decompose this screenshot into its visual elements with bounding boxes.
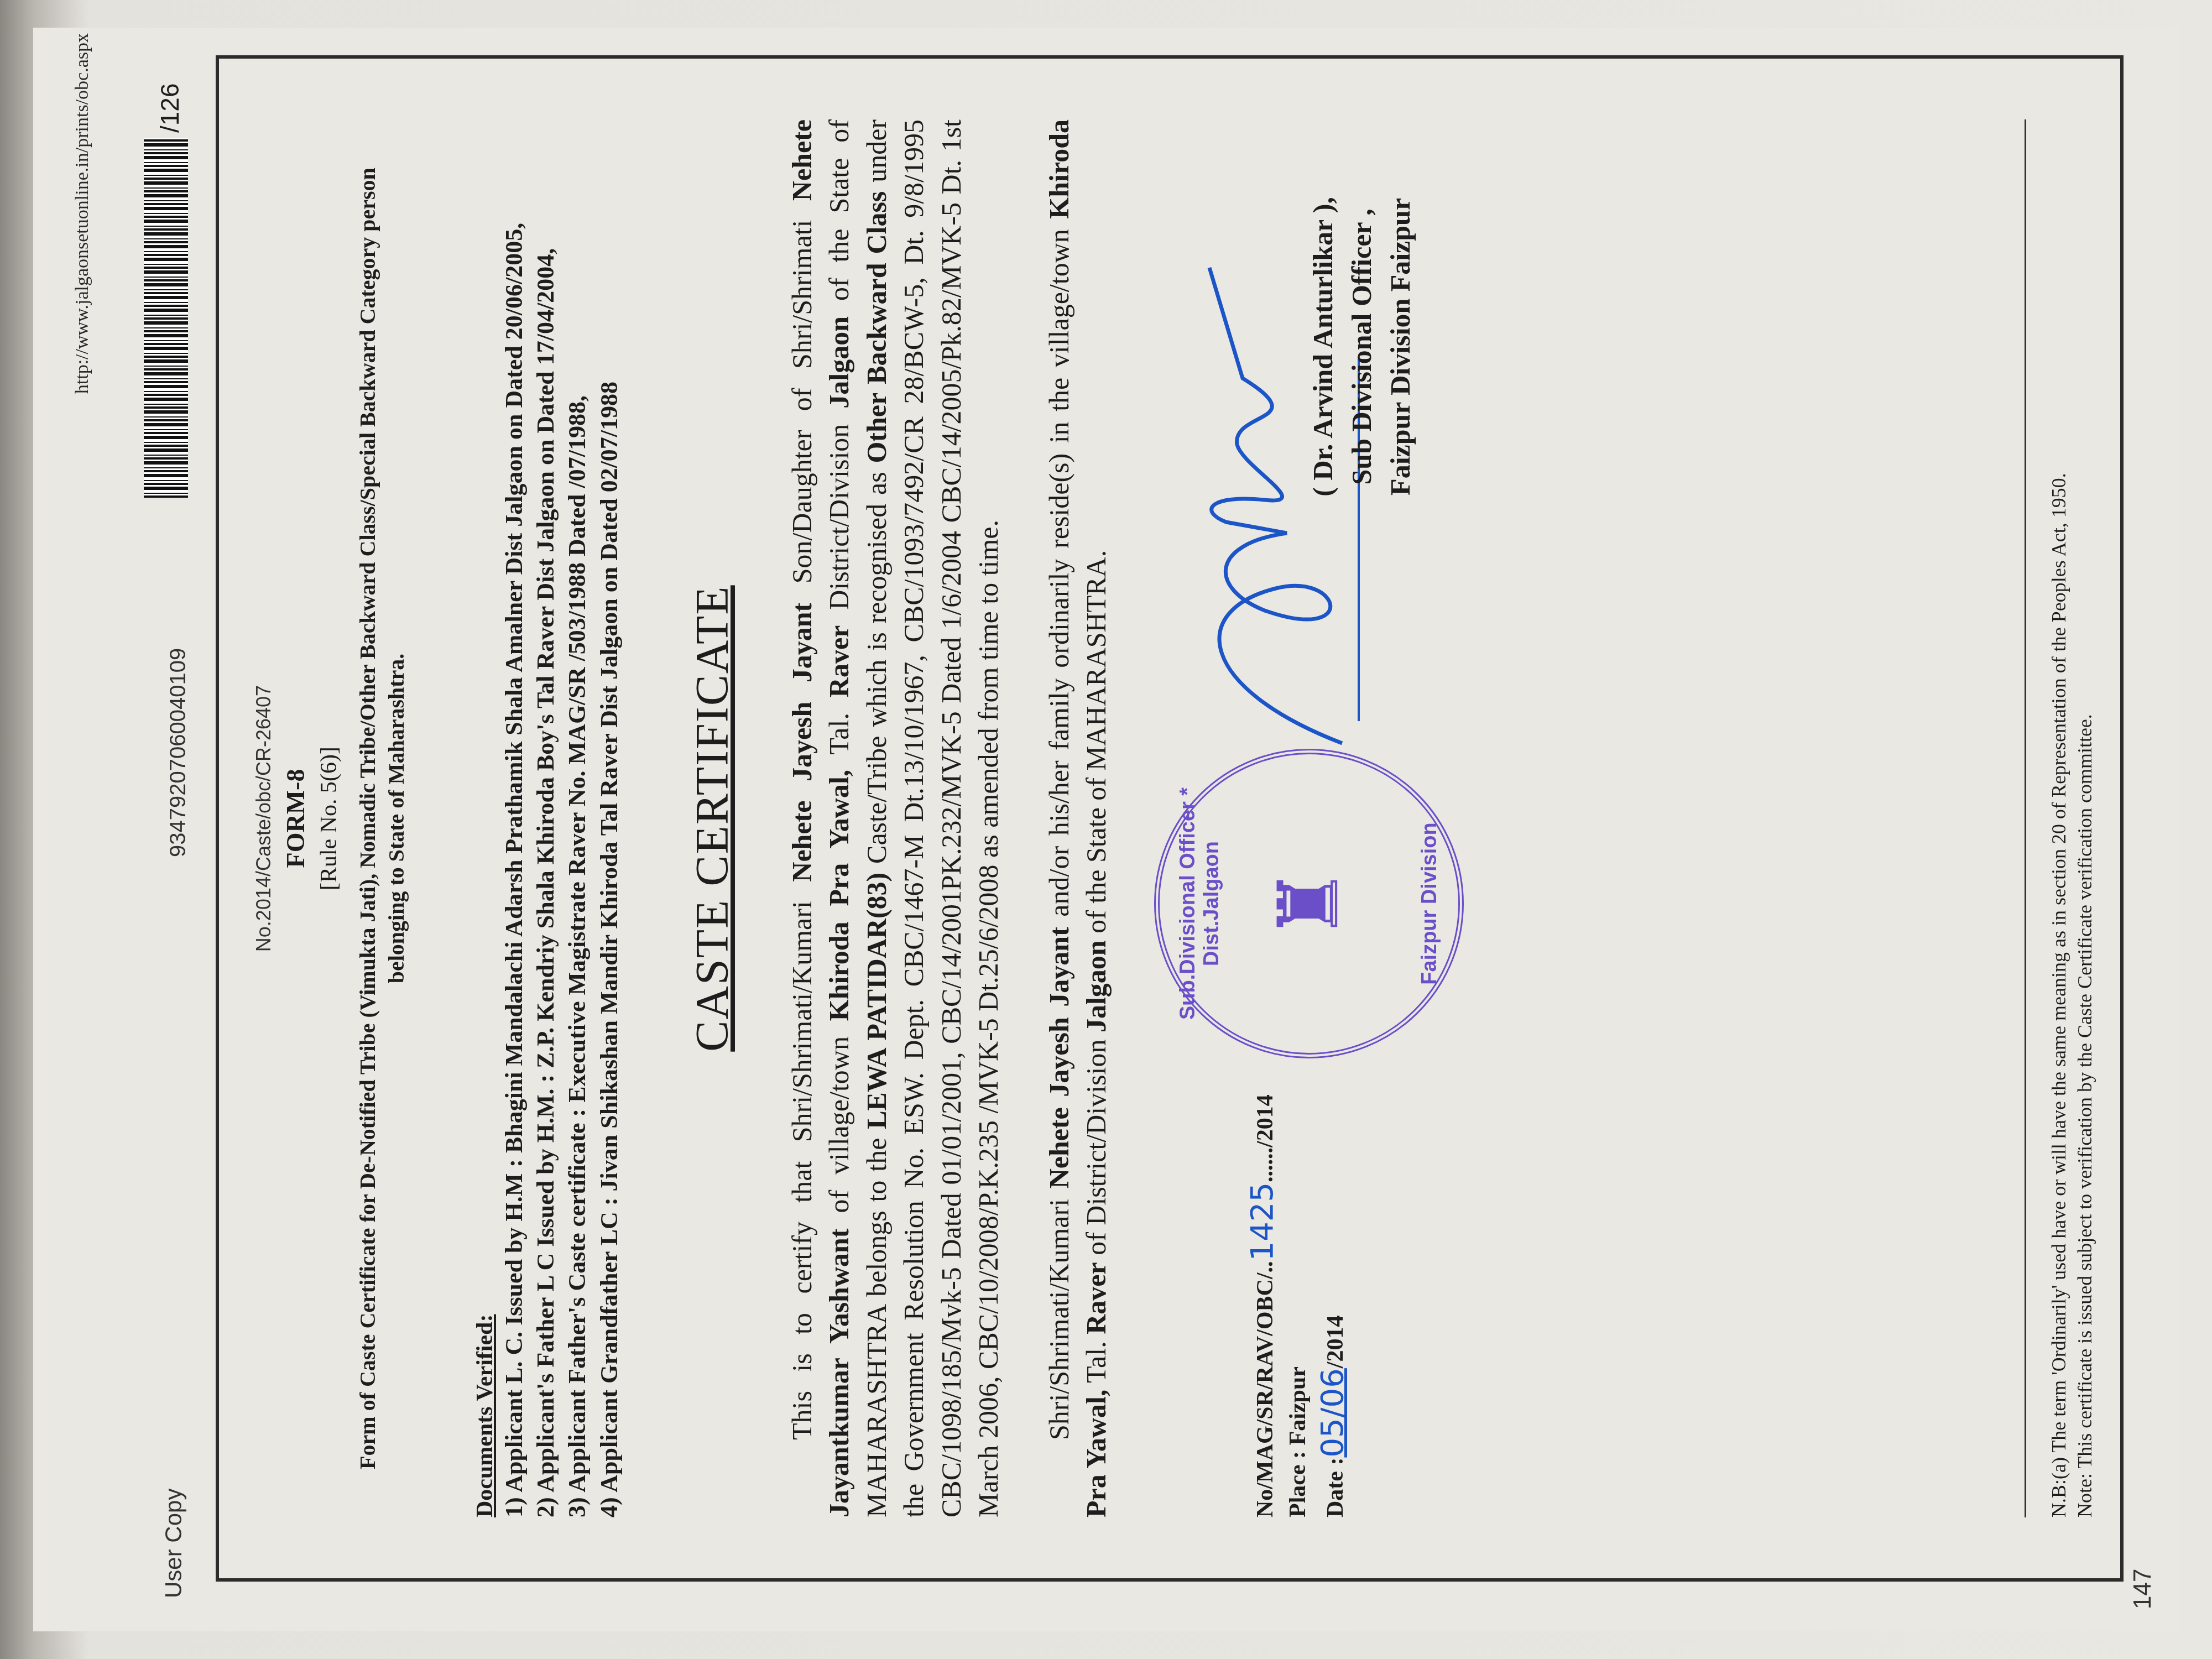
- residence-paragraph: Shri/Shrimati/Kumari Nehete Jayesh Jayan…: [1041, 119, 1115, 1517]
- document-item: 4) Applicant Grandfather LC : Jivan Shik…: [593, 119, 625, 1517]
- certificate-sheet: http://www.jalgaonsetuonline.in/prints/o…: [33, 28, 2179, 1631]
- signatory-designation: Sub Divisional Officer ,: [1342, 197, 1381, 497]
- document-item: 2) Applicant's Father L C Issued by H.M.…: [530, 119, 561, 1517]
- place: Place : Faizpur: [1283, 1094, 1313, 1517]
- stamp-bottom-text: Faizpur Division: [1418, 754, 1442, 1053]
- stamp-top-text: Sub.Divisional Officer * Dist.Jalgaon: [1176, 754, 1224, 1053]
- text: District/Division: [823, 409, 854, 625]
- signatory-block: ( Dr. Arvind Anturlikar ), Sub Divisiona…: [1303, 197, 1420, 497]
- text: Shri/Shrimati/Kumari: [1044, 1188, 1074, 1440]
- applicant-name: Nehete Jayesh Jayant: [786, 603, 817, 882]
- handwritten-date: 05/06: [1314, 1368, 1350, 1457]
- form-name: FORM-8: [281, 119, 310, 1517]
- handwritten-number: 1425: [1244, 1182, 1280, 1261]
- text: Tal.: [1081, 1334, 1112, 1390]
- certification-paragraph: This is to certify that Shri/Shrimati/Ku…: [784, 119, 1008, 1517]
- reference-number: No.2014/Caste/obc/CR-26407: [252, 119, 275, 1517]
- text: No/MAG/SR/RAV/OBC/..: [1253, 1261, 1278, 1517]
- text: Date :: [1323, 1458, 1348, 1517]
- taluka: Raver: [823, 625, 854, 698]
- text: /2014: [1323, 1315, 1348, 1368]
- form-description: Form of Caste Certificate for De-Notifie…: [353, 119, 411, 1517]
- text: Tal.: [823, 697, 854, 770]
- text: of village/town: [823, 1021, 854, 1228]
- certificate-title: CASTE CERTIFICATE: [686, 119, 739, 1517]
- text: This is to certify that Shri/Shrimati/Ku…: [786, 882, 817, 1440]
- issue-details: No/MAG/SR/RAV/OBC/..1425....../2014 Plac…: [1243, 1094, 1353, 1517]
- barcode-number: 9347920706004010​9: [166, 648, 191, 857]
- text: Son/Daughter of Shri/Shrimati: [786, 201, 817, 603]
- issue-block: No/MAG/SR/RAV/OBC/..1425....../2014 Plac…: [1154, 119, 1541, 1517]
- taluka: Raver: [1081, 1262, 1112, 1334]
- signatory-office: Faizpur Division Faizpur: [1381, 197, 1420, 497]
- rule-number: [Rule No. 5(6)]: [316, 119, 342, 1517]
- user-copy-label: User Copy: [160, 1489, 187, 1598]
- source-url: http://www.jalgaonsetuonline.in/prints/o…: [72, 33, 93, 394]
- emblem-icon: ♜: [1261, 867, 1357, 941]
- footnote-nb: N.B:(a) The term 'Ordinarily' used have …: [2046, 119, 2072, 1517]
- page-fraction: /126: [155, 83, 185, 133]
- date: Date :05/06/2014: [1313, 1094, 1353, 1517]
- text: ....../2014: [1253, 1094, 1278, 1182]
- caste: LEWA PATIDAR(83): [861, 873, 892, 1129]
- document-item: 1) Applicant L. C. Issued by H.M : Bhagi…: [498, 119, 530, 1517]
- footer-divider: [2025, 119, 2026, 1517]
- official-stamp: Sub.Divisional Officer * Dist.Jalgaon ♜ …: [1154, 749, 1464, 1058]
- district: Jalgaon: [823, 316, 854, 409]
- applicant-name: Nehete Jayesh Jayant: [1044, 927, 1074, 1188]
- district: Jalgaon: [1081, 940, 1112, 1032]
- issue-number: No/MAG/SR/RAV/OBC/..1425....../2014: [1243, 1094, 1283, 1517]
- side-number: 147: [2129, 1569, 2157, 1609]
- footnotes: N.B:(a) The term 'Ordinarily' used have …: [2046, 119, 2098, 1517]
- text: of the State of MAHARASHTRA.: [1081, 550, 1112, 941]
- barcode-icon: [144, 138, 188, 498]
- text: Caste/Tribe which is recognised as: [861, 463, 892, 873]
- signatory-name: ( Dr. Arvind Anturlikar ),: [1303, 197, 1342, 497]
- text: of District/Division: [1081, 1032, 1112, 1262]
- certificate-frame: No.2014/Caste/obc/CR-26407 FORM-8 [Rule …: [216, 55, 2124, 1582]
- category: Other Backward Class: [861, 191, 892, 463]
- document-item: 3) Applicant Father's Caste certificate …: [561, 119, 593, 1517]
- footnote-note: Note: This certificate is issued subject…: [2072, 119, 2098, 1517]
- text: and/or his/her family ordinarily reside(…: [1044, 219, 1074, 927]
- village: Khiroda Pra Yawal,: [823, 770, 854, 1021]
- documents-verified-heading: Documents Verified:: [472, 119, 498, 1517]
